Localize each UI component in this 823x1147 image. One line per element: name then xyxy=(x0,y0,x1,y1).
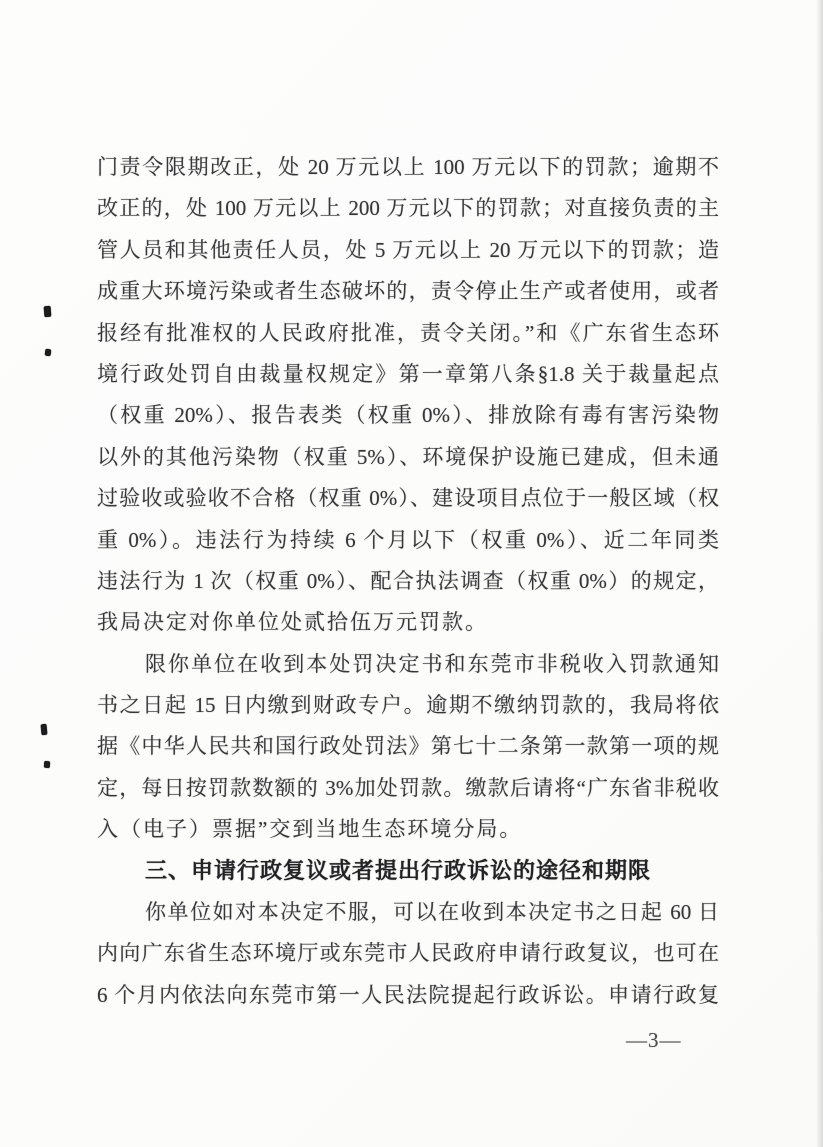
text-line: 据《中华人民共和国行政处罚法》第七十二条第一款第一项的规 xyxy=(97,726,719,767)
text-line: 定，每日按罚款数额的 3%加处罚款。缴款后请将“广东省非税收 xyxy=(97,768,719,809)
text-line: 报经有批准权的人民政府批准，责令关闭。”和《广东省生态环 xyxy=(97,313,719,354)
binding-ink-mark xyxy=(44,761,50,768)
binding-ink-mark xyxy=(45,349,52,357)
text-line: 限你单位在收到本处罚决定书和东莞市非税收入罚款通知 xyxy=(97,644,719,685)
binding-ink-mark xyxy=(41,724,48,735)
text-line: 违法行为 1 次（权重 0%）、配合执法调查（权重 0%）的规定， xyxy=(97,561,719,602)
text-line: 入（电子）票据”交到当地生态环境分局。 xyxy=(97,809,719,850)
text-line: （权重 20%）、报告表类（权重 0%）、排放除有毒有害污染物 xyxy=(97,395,719,436)
scanned-document-page: 门责令限期改正，处 20 万元以上 100 万元以下的罚款；逾期不改正的，处 1… xyxy=(0,0,823,1147)
scan-edge-shadow xyxy=(816,0,823,1147)
text-line: 成重大环境污染或者生态破坏的，责令停止生产或者使用，或者 xyxy=(97,271,719,312)
section-heading: 三、申请行政复议或者提出行政诉讼的途径和期限 xyxy=(97,851,719,892)
document-body-text: 门责令限期改正，处 20 万元以上 100 万元以下的罚款；逾期不改正的，处 1… xyxy=(97,147,719,1016)
text-line: 以外的其他污染物（权重 5%）、环境保护设施已建成，但未通 xyxy=(97,437,719,478)
text-line: 书之日起 15 日内缴到财政专户。逾期不缴纳罚款的，我局将依 xyxy=(97,685,719,726)
text-line: 6 个月内依法向东莞市第一人民法院提起行政诉讼。申请行政复 xyxy=(97,975,719,1016)
text-line: 重 0%）。违法行为持续 6 个月以下（权重 0%）、近二年同类 xyxy=(97,520,719,561)
text-line: 内向广东省生态环境厅或东莞市人民政府申请行政复议，也可在 xyxy=(97,933,719,974)
text-line: 改正的，处 100 万元以上 200 万元以下的罚款；对直接负责的主 xyxy=(97,188,719,229)
text-line: 我局决定对你单位处贰拾伍万元罚款。 xyxy=(97,602,719,643)
text-line: 你单位如对本决定不服，可以在收到本决定书之日起 60 日 xyxy=(97,892,719,933)
text-line: 过验收或验收不合格（权重 0%）、建设项目点位于一般区域（权 xyxy=(97,478,719,519)
text-line: 管人员和其他责任人员，处 5 万元以上 20 万元以下的罚款；造 xyxy=(97,230,719,271)
binding-ink-mark xyxy=(44,306,52,317)
page-number: —3— xyxy=(626,1028,682,1053)
text-line: 境行政处罚自由裁量权规定》第一章第八条§1.8 关于裁量起点 xyxy=(97,354,719,395)
text-line: 门责令限期改正，处 20 万元以上 100 万元以下的罚款；逾期不 xyxy=(97,147,719,188)
